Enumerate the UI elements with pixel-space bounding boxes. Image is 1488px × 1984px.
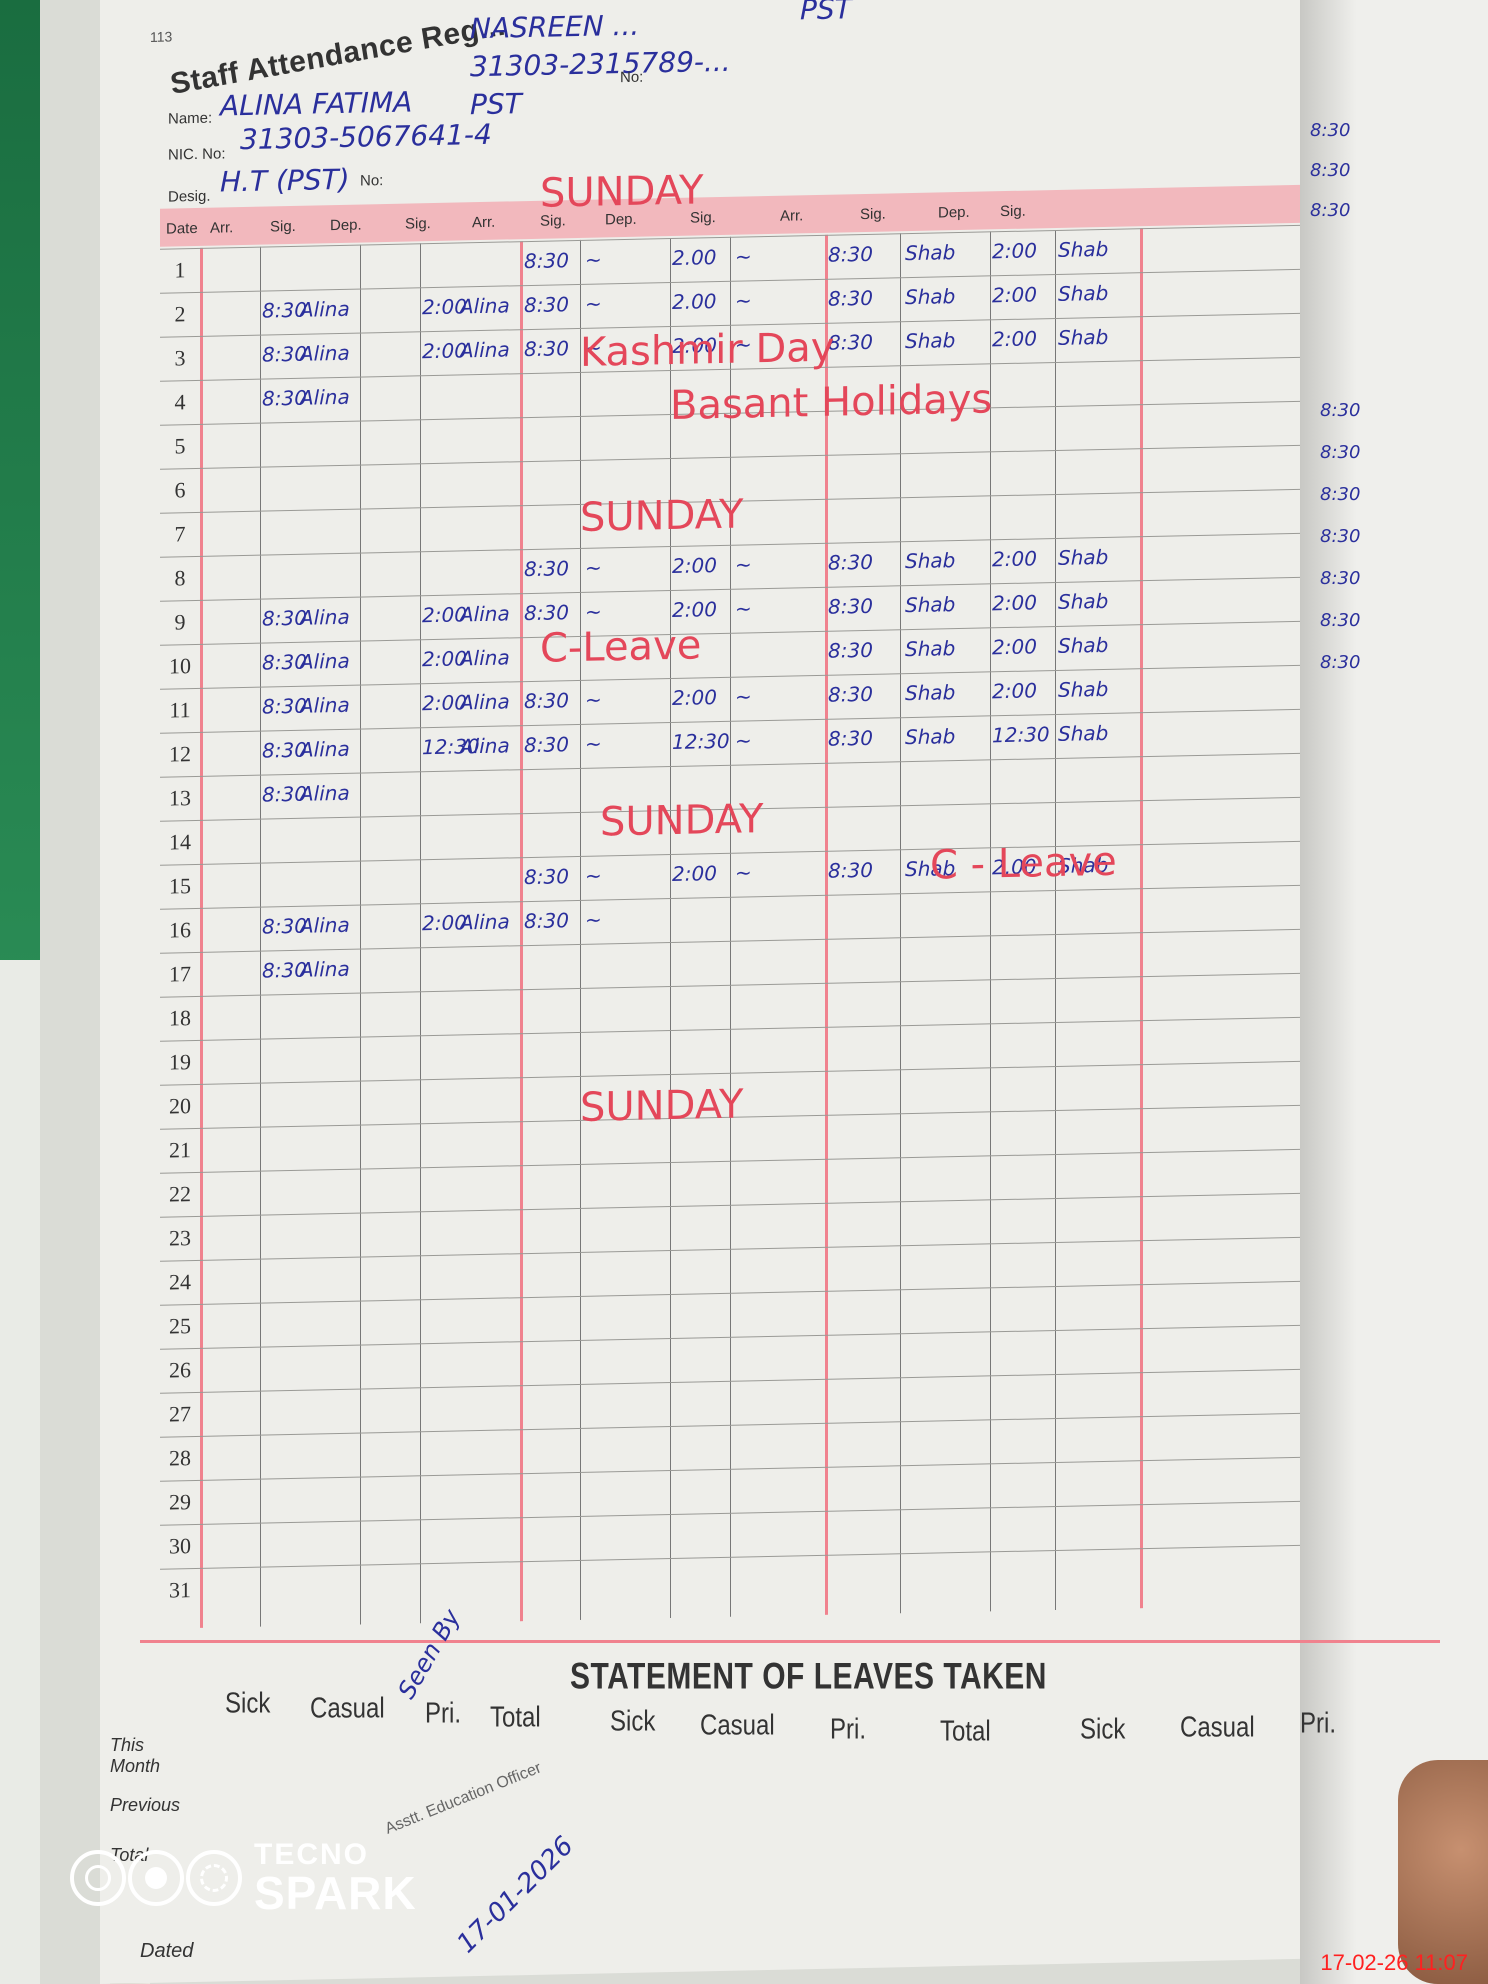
date-number: 22 [160,1181,200,1208]
staff2-dsig-cell: ~ [735,684,752,708]
leaves-pri-3: Pri. [1300,1707,1336,1741]
staff3-arr-cell: 8:30 [828,594,873,619]
name-label: Name: [168,110,212,128]
leaves-sick-3: Sick [1080,1713,1125,1747]
staff1-dsig-cell: Alina [460,337,510,362]
staff3-sig-cell: Shab [905,680,955,705]
date-number: 17 [160,961,200,988]
date-number: 21 [160,1137,200,1164]
staff2-sig-cell: ~ [585,291,602,315]
staff2-sig-cell: ~ [585,731,602,755]
date-number: 25 [160,1313,200,1340]
right-page-time: 8:30 [1320,442,1360,463]
date-number: 15 [160,873,200,900]
staff1-sig-cell: Alina [300,781,350,806]
staff2-sig-cell: ~ [585,555,602,579]
staff3-dep-cell: 2:00 [992,546,1037,571]
staff1-sig-cell: Alina [300,341,350,366]
staff3-dep-cell: 12:30 [992,722,1050,747]
date-number: 26 [160,1357,200,1384]
officer-stamp: Asstt. Education Officer [383,1759,544,1838]
staff3-dsig-cell: Shab [1058,677,1108,702]
leaves-pri-1: Pri. [425,1697,461,1731]
staff2-arr-cell: 8:30 [524,908,569,933]
date-number: 13 [160,785,200,812]
staff2-nic: 31303-2315789-... [470,45,731,83]
staff3-arr-cell: 8:30 [828,286,873,311]
date-number: 9 [160,609,200,636]
staff1-sig-cell: Alina [300,297,350,322]
page-number: 113 [150,28,172,44]
staff3-sig-cell: Shab [905,284,955,309]
staff2-arr-cell: 8:30 [524,248,569,273]
annotation-sunday-3: SUNDAY [600,796,763,845]
dep-header-3: Dep. [938,204,970,222]
staff1-dsig-cell: Alina [460,293,510,318]
staff1-sig-cell: Alina [300,737,350,762]
annotation-c-leave-1: C-Leave [540,622,701,671]
date-number: 28 [160,1445,200,1472]
leaves-casual-1: Casual [310,1692,385,1726]
leaves-title: STATEMENT OF LEAVES TAKEN [570,1656,1047,1699]
staff3-arr-cell: 8:30 [828,330,873,355]
no-label: No: [360,172,383,189]
sig-header-1b: Sig. [405,215,431,233]
staff2-dep-cell: 2:00 [672,553,717,578]
staff2-arr-cell: 8:30 [524,600,569,625]
sig-header-3: Sig. [860,206,886,224]
leaves-row-previous: Previous [110,1795,180,1816]
staff3-dep-cell: 2:00 [992,678,1037,703]
camera-watermark: TECNO SPARK [70,1840,417,1916]
date-number: 24 [160,1269,200,1296]
staff2-sig-cell: ~ [585,247,602,271]
staff1-sig-cell: Alina [300,605,350,630]
staff3-arr-cell: 8:30 [828,638,873,663]
staff1-sig-cell: Alina [300,913,350,938]
staff1-dsig-cell: Alina [460,601,510,626]
sig-header-1: Sig. [270,218,296,236]
staff1-dsig-cell: Alina [460,689,510,714]
date-number: 16 [160,917,200,944]
staff1-dsig-cell: Alina [460,733,510,758]
staff2-dep-cell: 12:30 [672,729,730,754]
staff3-arr-cell: 8:30 [828,682,873,707]
date-number: 8 [160,565,200,592]
leaves-pri-2: Pri. [830,1713,866,1747]
staff3-dsig-cell: Shab [1058,721,1108,746]
date-number: 1 [160,257,200,284]
dep-header-1: Dep. [330,217,362,235]
staff2-designation: PST [470,87,522,121]
staff3-dep-cell: 2:00 [992,282,1037,307]
seen-by-note: Seen By [392,1604,465,1703]
date-number: 5 [160,433,200,460]
right-page-time: 8:30 [1320,568,1360,589]
staff3-dsig-cell: Shab [1058,281,1108,306]
right-page-time: 8:30 [1320,610,1360,631]
leaves-casual-2: Casual [700,1709,775,1743]
staff2-dep-cell: 2:00 [672,861,717,886]
staff3-dsig-cell: Shab [1058,237,1108,262]
staff2-arr-cell: 8:30 [524,556,569,581]
staff3-dep-cell: 2:00 [992,326,1037,351]
right-page-time: 8:30 [1320,526,1360,547]
leaves-statement: STATEMENT OF LEAVES TAKEN Sick Casual Pr… [140,1620,1440,1980]
staff3-sig-cell: Shab [905,636,955,661]
right-page-time: 8:30 [1320,484,1360,505]
leaves-total-1: Total [490,1701,541,1735]
date-number: 19 [160,1049,200,1076]
staff2-dsig-cell: ~ [735,244,752,268]
staff1-dsig-cell: Alina [460,645,510,670]
staff3-dsig-cell: Shab [1058,633,1108,658]
annotation-kashmir-day: Kashmir Day [580,325,834,376]
right-page-time: 8:30 [1320,400,1360,421]
leaves-casual-3: Casual [1180,1711,1255,1745]
staff2-dsig-cell: ~ [735,728,752,752]
date-number: 20 [160,1093,200,1120]
date-number: 29 [160,1489,200,1516]
staff1-name: ALINA FATIMA [220,85,412,122]
staff2-sig-cell: ~ [585,687,602,711]
staff2-dsig-cell: ~ [735,860,752,884]
staff1-sig-cell: Alina [300,649,350,674]
staff2-dep-cell: 2.00 [672,289,717,314]
staff2-dep-cell: 2:00 [672,685,717,710]
staff3-sig-cell: Shab [905,724,955,749]
date-number: 27 [160,1401,200,1428]
staff2-name: NASREEN ... [470,9,639,46]
staff1-sig-cell: Alina [300,957,350,982]
annotation-sunday-2: SUNDAY [580,492,743,541]
staff2-arr-cell: 8:30 [524,688,569,713]
attendance-grid: 1234567891011121314151617181920212223242… [160,223,1370,1628]
staff1-sig-cell: Alina [300,385,350,410]
date-number: 2 [160,301,200,328]
right-page-time: 8:30 [1310,120,1350,141]
leaves-row-this-month: This Month [110,1735,170,1777]
date-number: 3 [160,345,200,372]
staff2-arr-cell: 8:30 [524,336,569,361]
arr-header-1: Arr. [210,219,233,236]
right-page-time: 8:30 [1310,160,1350,181]
staff3-sig-cell: Shab [905,592,955,617]
date-number: 30 [160,1533,200,1560]
staff2-dep-cell: 2.00 [672,245,717,270]
staff3-arr-cell: 8:30 [828,242,873,267]
staff2-arr-cell: 8:30 [524,732,569,757]
staff3-arr-cell: 8:30 [828,726,873,751]
staff3-dep-cell: 2:00 [992,634,1037,659]
staff2-arr-cell: 8:30 [524,292,569,317]
leaves-top-border [140,1640,1440,1643]
staff3-sig-cell: Shab [905,328,955,353]
dated-label: Dated [140,1940,193,1963]
date-number: 31 [160,1577,200,1604]
staff2-arr-cell: 8:30 [524,864,569,889]
desig-label: Desig. [168,188,211,206]
no-label-2: No: [620,69,643,86]
arr-header-2: Arr. [472,214,495,231]
staff3-dsig-cell: Shab [1058,325,1108,350]
sig-header-3b: Sig. [1000,203,1026,221]
staff3-sig-cell: Shab [905,548,955,573]
staff3-dep-cell: 2:00 [992,590,1037,615]
camera-timestamp: 17-02-26 11:07 [1320,1950,1468,1976]
annotation-c-leave-2: C - Leave [930,839,1117,889]
brand-line1: TECNO [254,1840,417,1870]
staff2-dsig-cell: ~ [735,552,752,576]
date-number: 10 [160,653,200,680]
date-number: 11 [160,697,200,724]
annotation-sunday-4: SUNDAY [580,1082,743,1131]
tecno-logo-icon [70,1850,242,1906]
staff3-dep-cell: 2:00 [992,238,1037,263]
date-number: 18 [160,1005,200,1032]
staff3-dsig-cell: Shab [1058,589,1108,614]
leaves-total-2: Total [940,1715,991,1749]
right-page-time: 8:30 [1310,200,1350,221]
date-number: 12 [160,741,200,768]
staff3-sig-cell: Shab [905,240,955,265]
staff2-sig-cell: ~ [585,907,602,931]
date-number: 23 [160,1225,200,1252]
staff2-sig-cell: ~ [585,863,602,887]
staff1-nic: 31303-5067641-4 [240,118,492,156]
staff3-arr-cell: 8:30 [828,858,873,883]
staff1-dsig-cell: Alina [460,909,510,934]
nic-label: NIC. No: [168,145,226,163]
right-page-time: 8:30 [1320,652,1360,673]
date-number: 14 [160,829,200,856]
leaves-sick-1: Sick [225,1687,270,1721]
staff3-arr-cell: 8:30 [828,550,873,575]
date-number: 7 [160,521,200,548]
date-number: 6 [160,477,200,504]
arr-header-3: Arr. [780,207,803,224]
date-header: Date [166,220,198,238]
staff3-dsig-cell: Shab [1058,545,1108,570]
staff2-dep-cell: 2:00 [672,597,717,622]
staff1-designation: H.T (PST) [220,163,350,199]
staff1-sig-cell: Alina [300,693,350,718]
brand-line2: SPARK [254,1870,417,1916]
leaves-sick-2: Sick [610,1705,655,1739]
staff2-dsig-cell: ~ [735,288,752,312]
signed-date: 17-01-2026 [452,1831,580,1959]
annotation-sunday-1: SUNDAY [540,167,703,216]
staff3-designation: PST [800,0,852,26]
annotation-basant-holidays: Basant Holidays [670,376,992,429]
staff2-sig-cell: ~ [585,599,602,623]
date-number: 4 [160,389,200,416]
staff2-dsig-cell: ~ [735,596,752,620]
